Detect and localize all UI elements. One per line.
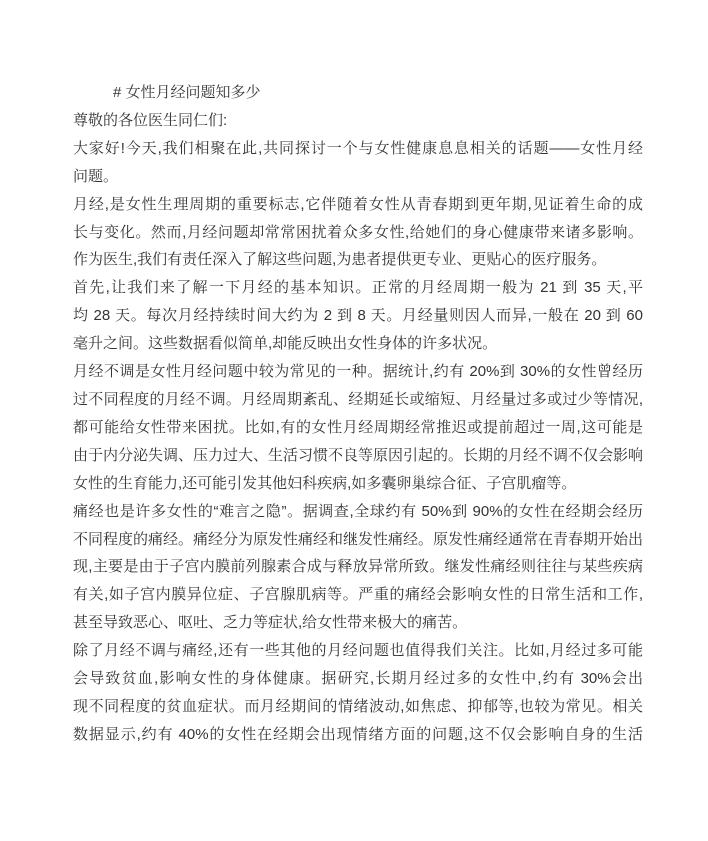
text-line: 有关,如子宫内膜异位症、子宫腺肌病等。严重的痛经会影响女性的日常生活和工作, (73, 581, 643, 609)
text-line: 数据显示,约有 40%的女性在经期会出现情绪方面的问题,这不仅会影响自身的生活 (73, 721, 643, 749)
text-line: 现不同程度的贫血症状。而月经期间的情绪波动,如焦虑、抑郁等,也较为常见。相关 (73, 693, 643, 721)
text-line: 长与变化。然而,月经问题却常常困扰着众多女性,给她们的身心健康带来诸多影响。 (73, 219, 643, 247)
text-line: 尊敬的各位医生同仁们: (73, 107, 643, 135)
text-line: 问题。 (73, 163, 643, 191)
text-line: 毫升之间。这些数据看似简单,却能反映出女性身体的许多状况。 (73, 330, 643, 358)
document-body: # 女性月经问题知多少尊敬的各位医生同仁们:大家好!今天,我们相聚在此,共同探讨… (73, 79, 643, 749)
text-line: 痛经也是许多女性的“难言之隐”。据调查,全球约有 50%到 90%的女性在经期会… (73, 498, 643, 526)
text-line: 除了月经不调与痛经,还有一些其他的月经问题也值得我们关注。比如,月经过多可能 (73, 637, 643, 665)
document-title-line: # 女性月经问题知多少 (73, 79, 643, 107)
text-line: 过不同程度的月经不调。月经周期紊乱、经期延长或缩短、月经量过多或过少等情况, (73, 386, 643, 414)
text-line: 女性的生育能力,还可能引发其他妇科疾病,如多囊卵巢综合征、子宫肌瘤等。 (73, 470, 643, 498)
text-line: 都可能给女性带来困扰。比如,有的女性月经周期经常推迟或提前超过一周,这可能是 (73, 414, 643, 442)
document-page: # 女性月经问题知多少尊敬的各位医生同仁们:大家好!今天,我们相聚在此,共同探讨… (0, 0, 708, 841)
text-line: 不同程度的痛经。痛经分为原发性痛经和继发性痛经。原发性痛经通常在青春期开始出 (73, 526, 643, 554)
text-line: 会导致贫血,影响女性的身体健康。据研究,长期月经过多的女性中,约有 30%会出 (73, 665, 643, 693)
text-line: 甚至导致恶心、呕吐、乏力等症状,给女性带来极大的痛苦。 (73, 609, 643, 637)
text-line: 均 28 天。每次月经持续时间大约为 2 到 8 天。月经量则因人而异,一般在 … (73, 302, 643, 330)
text-line: 首先,让我们来了解一下月经的基本知识。正常的月经周期一般为 21 到 35 天,… (73, 274, 643, 302)
text-line: 由于内分泌失调、压力过大、生活习惯不良等原因引起的。长期的月经不调不仅会影响 (73, 442, 643, 470)
text-line: 月经,是女性生理周期的重要标志,它伴随着女性从青春期到更年期,见证着生命的成 (73, 191, 643, 219)
text-line: 大家好!今天,我们相聚在此,共同探讨一个与女性健康息息相关的话题——女性月经 (73, 135, 643, 163)
text-line: 作为医生,我们有责任深入了解这些问题,为患者提供更专业、更贴心的医疗服务。 (73, 246, 643, 274)
text-line: 月经不调是女性月经问题中较为常见的一种。据统计,约有 20%到 30%的女性曾经… (73, 358, 643, 386)
text-line: 现,主要是由于子宫内膜前列腺素合成与释放异常所致。继发性痛经则往往与某些疾病 (73, 553, 643, 581)
